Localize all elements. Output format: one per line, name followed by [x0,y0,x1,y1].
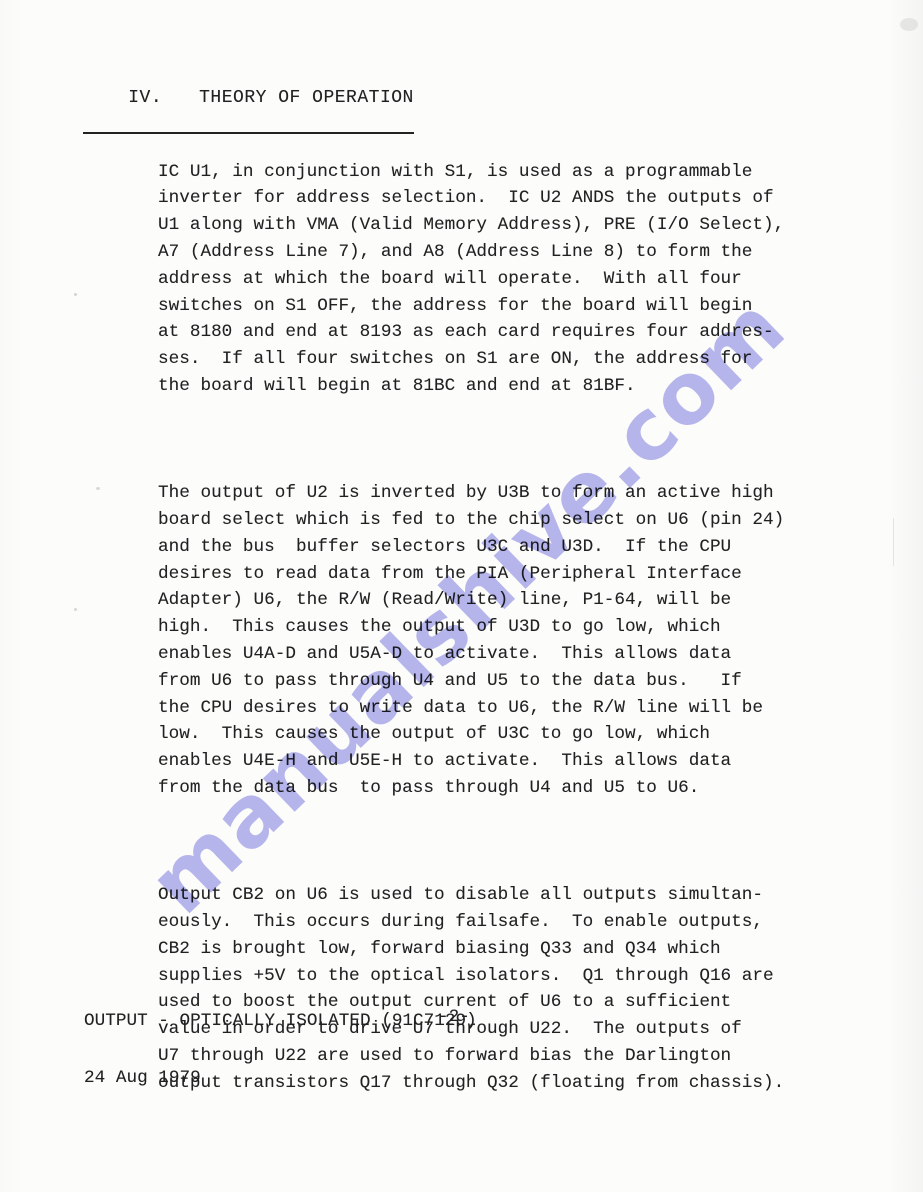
scan-artifact [96,487,100,490]
scan-artifact [893,518,894,566]
page-number: -2- [438,1008,470,1027]
scan-artifact [900,18,918,31]
scan-artifact [74,608,77,611]
scan-artifact [74,293,77,296]
scanned-page: IV.THEORY OF OPERATION IC U1, in conjunc… [0,0,923,1192]
footer-date: 24 Aug 1979 [84,1069,477,1088]
paragraph-2: The output of U2 is inverted by U3B to f… [158,480,784,802]
document-footer: OUTPUT - OPTICALLY ISOLATED (91C7129) 24… [84,974,477,1126]
footer-doc-title: OUTPUT - OPTICALLY ISOLATED (91C7129) [84,1012,477,1031]
paragraph-1: IC U1, in conjunction with S1, is used a… [158,159,784,400]
